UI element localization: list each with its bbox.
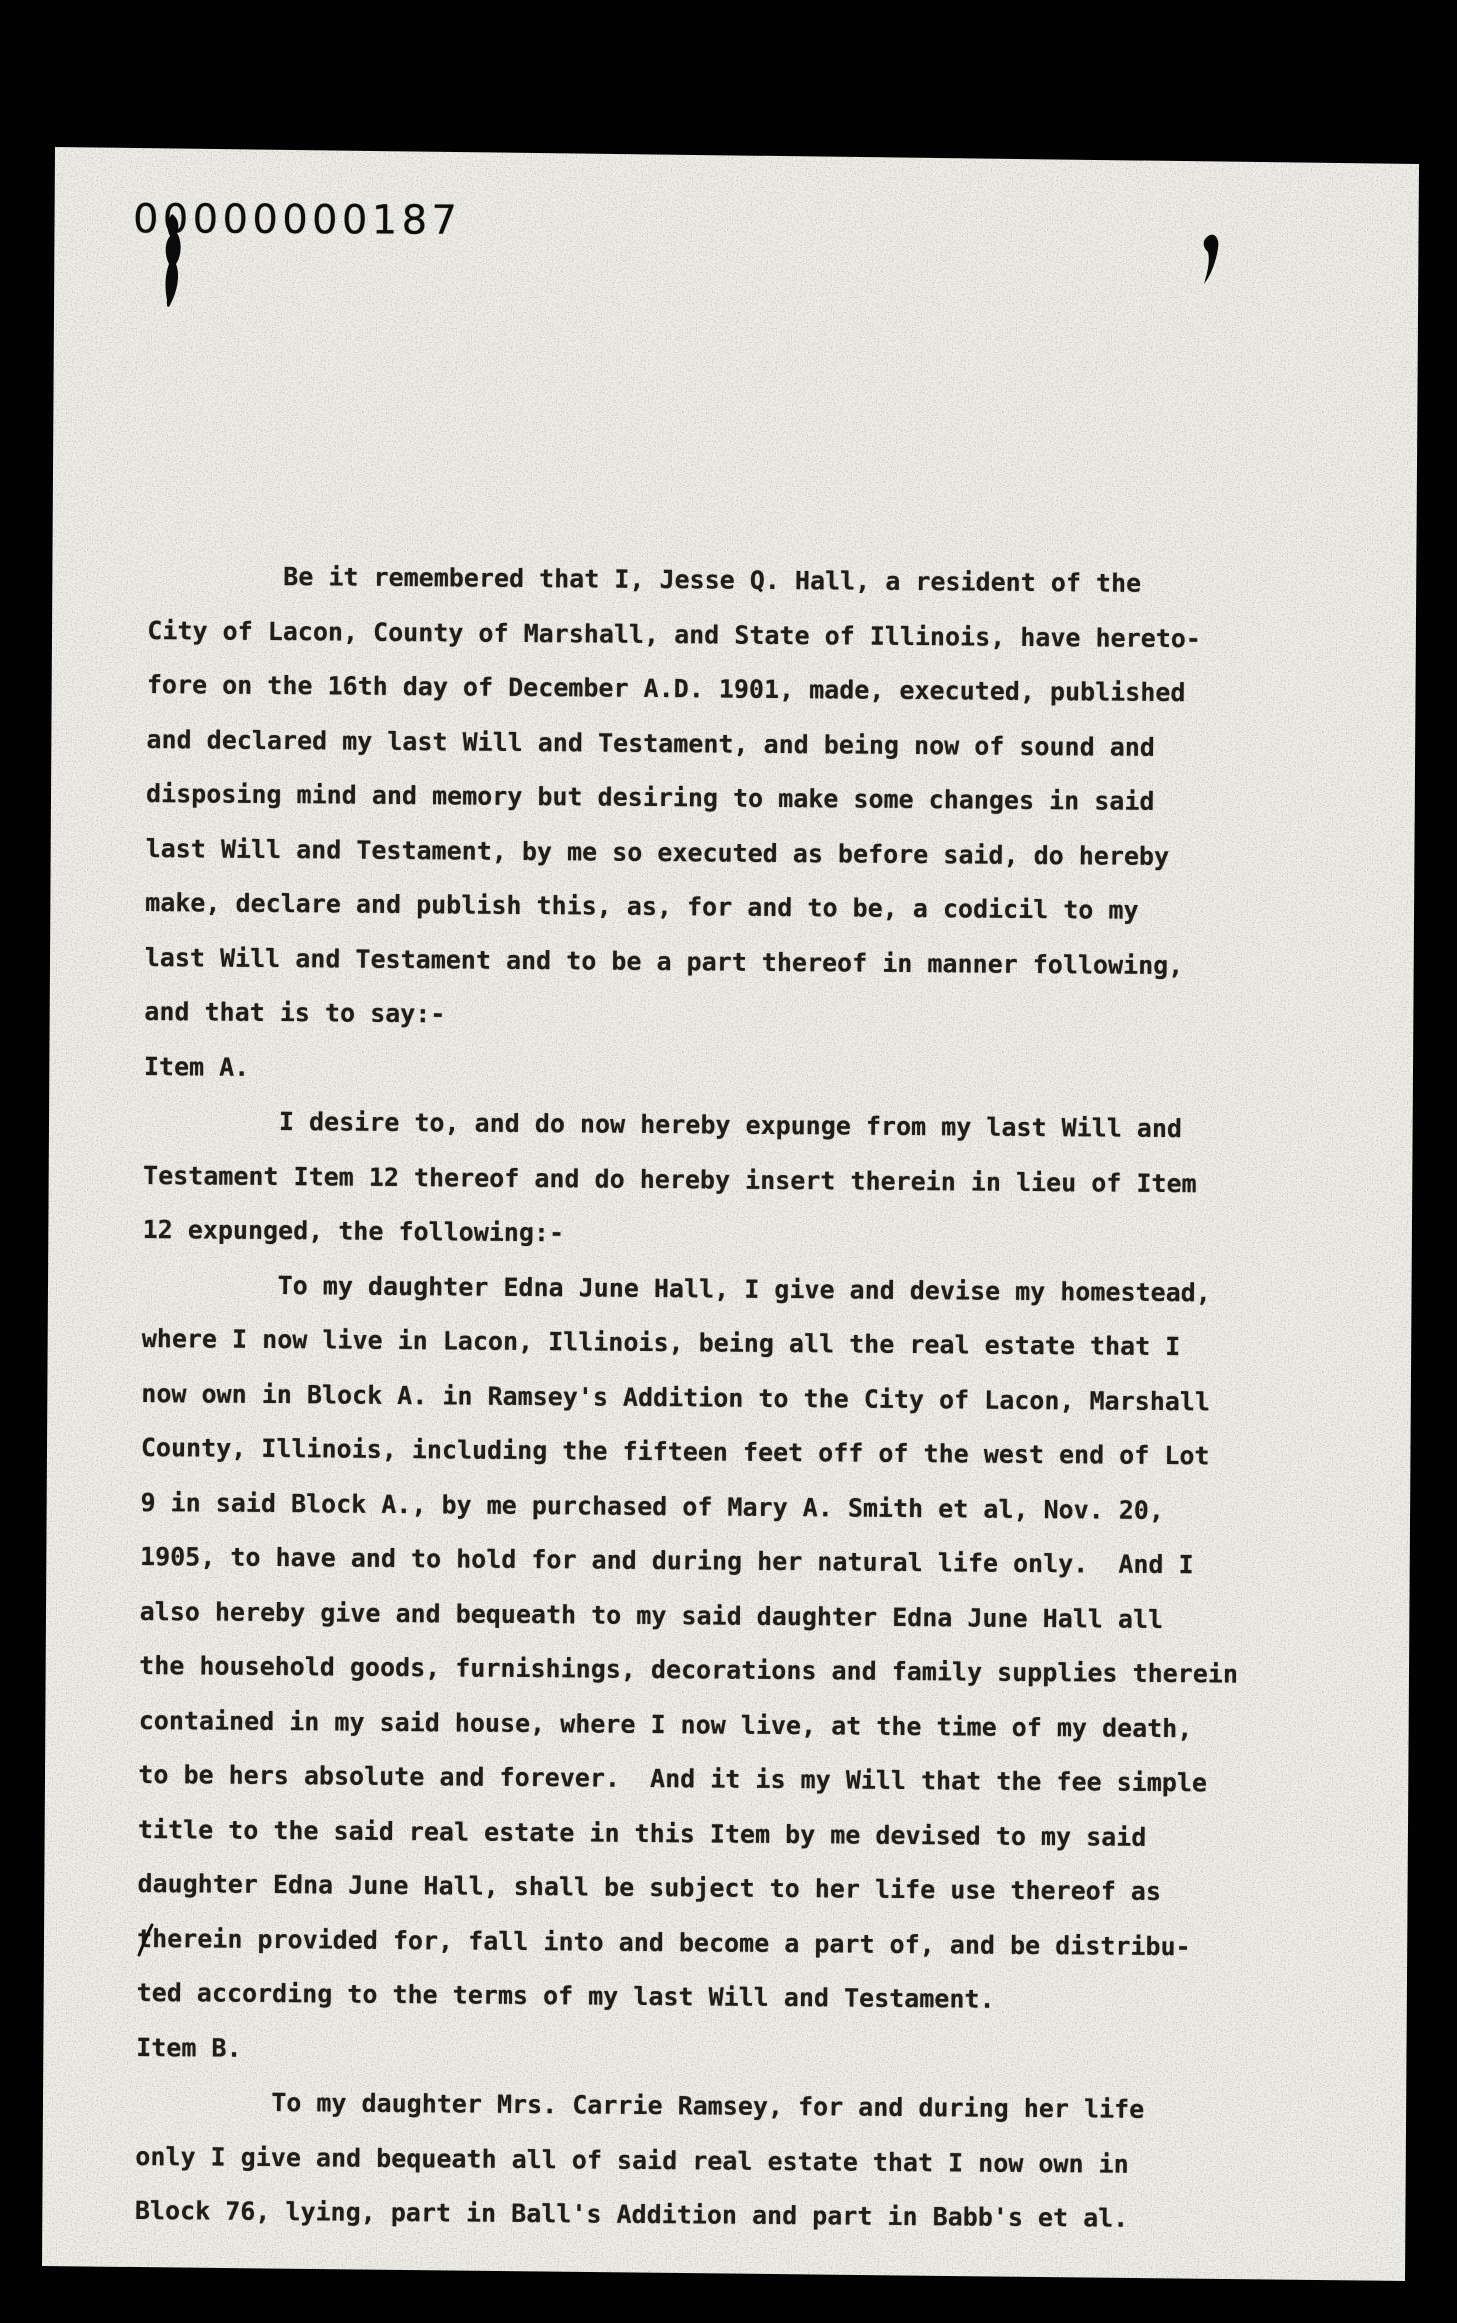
text-line: make, declare and publish this, as, for …: [145, 876, 1325, 940]
text-line: where I now live in Lacon, Illinois, bei…: [142, 1312, 1322, 1376]
text-line: last Will and Testament and to be a part…: [145, 930, 1325, 994]
text-line: Be it remembered that I, Jesse Q. Hall, …: [148, 549, 1328, 613]
document-text: Be it remembered that I, Jesse Q. Hall, …: [135, 549, 1328, 2248]
text-line: last Will and Testament, by me so execut…: [145, 821, 1325, 885]
ink-blot: [158, 212, 188, 312]
text-line: Block 76, lying, part in Ball's Addition…: [135, 2184, 1315, 2248]
text-line: contained in my said house, where I now …: [139, 1693, 1319, 1757]
text-line: Testament Item 12 thereof and do hereby …: [143, 1148, 1323, 1212]
text-line: and that is to say:-: [144, 985, 1324, 1049]
text-line: ted according to the terms of my last Wi…: [136, 1966, 1316, 2030]
text-line: Item A.: [144, 1039, 1324, 1103]
text-line: now own in Block A. in Ramsey's Addition…: [141, 1366, 1321, 1430]
text-line: to be hers absolute and forever. And it …: [138, 1748, 1318, 1812]
pen-strike-mark: [136, 1923, 156, 1957]
text-line: disposing mind and memory but desiring t…: [146, 767, 1326, 831]
text-line: I desire to, and do now hereby expunge f…: [143, 1094, 1323, 1158]
text-line: 12 expunged, the following:-: [142, 1203, 1322, 1267]
text-line: only I give and bequeath all of said rea…: [135, 2129, 1315, 2193]
text-line: 1905, to have and to hold for and during…: [140, 1530, 1320, 1594]
text-line: County, Illinois, including the fifteen …: [141, 1421, 1321, 1485]
text-line: also hereby give and bequeath to my said…: [139, 1584, 1319, 1648]
text-line: City of Lacon, County of Marshall, and S…: [147, 603, 1327, 667]
text-line: daughter Edna June Hall, shall be subjec…: [137, 1857, 1317, 1921]
text-line: the household goods, furnishings, decora…: [139, 1639, 1319, 1703]
paper-sheet: 00000000187 Be it remembered that I, Jes…: [0, 0, 1457, 2323]
scanned-page: 00000000187 Be it remembered that I, Jes…: [0, 0, 1457, 2323]
text-line: and declared my last Will and Testament,…: [146, 712, 1326, 776]
text-line: Item B.: [136, 2020, 1316, 2084]
text-line: title to the said real estate in this It…: [138, 1802, 1318, 1866]
text-line: fore on the 16th day of December A.D. 19…: [147, 658, 1327, 722]
text-line: 9 in said Block A., by me purchased of M…: [140, 1475, 1320, 1539]
text-line: To my daughter Mrs. Carrie Ramsey, for a…: [136, 2075, 1316, 2139]
ink-mark: [1200, 231, 1224, 287]
text-line: To my daughter Edna June Hall, I give an…: [142, 1257, 1322, 1321]
text-line: therein provided for, fall into and beco…: [137, 1911, 1317, 1975]
